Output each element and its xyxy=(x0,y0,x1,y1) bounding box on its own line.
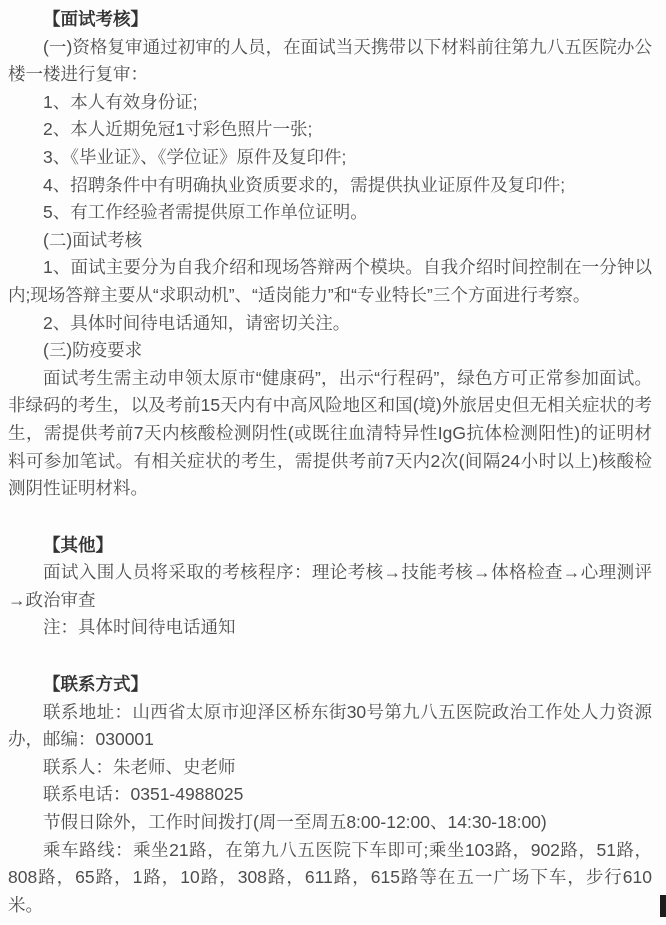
paragraph-bus-routes: 乘车路线：乘坐21路，在第九八五医院下车即可;乘坐103路，902路，51路，8… xyxy=(8,837,652,920)
paragraph-contact-person: 联系人：朱老师、史老师 xyxy=(8,754,652,782)
paragraph-material-2: 2、本人近期免冠1寸彩色照片一张; xyxy=(8,116,652,144)
paragraph-material-4: 4、招聘条件中有明确执业资质要求的，需提供执业证原件及复印件; xyxy=(8,172,652,200)
section-interview-assessment: 【面试考核】 (一)资格复审通过初审的人员，在面试当天携带以下材料前往第九八五医… xyxy=(8,6,652,503)
paragraph-epidemic-requirements: 面试考生需主动申领太原市“健康码”，出示“行程码”，绿色方可正常参加面试。非绿码… xyxy=(8,365,652,503)
paragraph-working-hours: 节假日除外，工作时间拨打(周一至周五8:00-12:00、14:30-18:00… xyxy=(8,809,652,837)
corner-artifact-mark xyxy=(660,895,666,917)
section-heading-interview-assessment: 【面试考核】 xyxy=(8,6,652,34)
paragraph-assessment-procedure: 面试入围人员将采取的考核程序：理论考核→技能考核→体格检查→心理测评→政治审查 xyxy=(8,559,652,614)
paragraph-subheading-interview: (二)面试考核 xyxy=(8,227,652,255)
section-contact: 【联系方式】 联系地址：山西省太原市迎泽区桥东街30号第九八五医院政治工作处人力… xyxy=(8,671,652,919)
paragraph-review-intro: (一)资格复审通过初审的人员，在面试当天携带以下材料前往第九八五医院办公楼一楼进… xyxy=(8,34,652,89)
paragraph-material-5: 5、有工作经验者需提供原工作单位证明。 xyxy=(8,199,652,227)
paragraph-material-1: 1、本人有效身份证; xyxy=(8,89,652,117)
paragraph-contact-address: 联系地址：山西省太原市迎泽区桥东街30号第九八五医院政治工作处人力资源办，邮编：… xyxy=(8,699,652,754)
paragraph-subheading-epidemic: (三)防疫要求 xyxy=(8,337,652,365)
paragraph-material-3: 3、《毕业证》、《学位证》原件及复印件; xyxy=(8,144,652,172)
paragraph-note-time: 注：具体时间待电话通知 xyxy=(8,614,652,642)
paragraph-contact-phone: 联系电话：0351-4988025 xyxy=(8,781,652,809)
section-heading-contact: 【联系方式】 xyxy=(8,671,652,699)
paragraph-interview-modules: 1、面试主要分为自我介绍和现场答辩两个模块。自我介绍时间控制在一分钟以内;现场答… xyxy=(8,254,652,309)
notice-document: 【面试考核】 (一)资格复审通过初审的人员，在面试当天携带以下材料前往第九八五医… xyxy=(0,0,666,925)
section-other: 【其他】 面试入围人员将采取的考核程序：理论考核→技能考核→体格检查→心理测评→… xyxy=(8,532,652,642)
section-heading-other: 【其他】 xyxy=(8,532,652,560)
paragraph-interview-time: 2、具体时间待电话通知，请密切关注。 xyxy=(8,310,652,338)
